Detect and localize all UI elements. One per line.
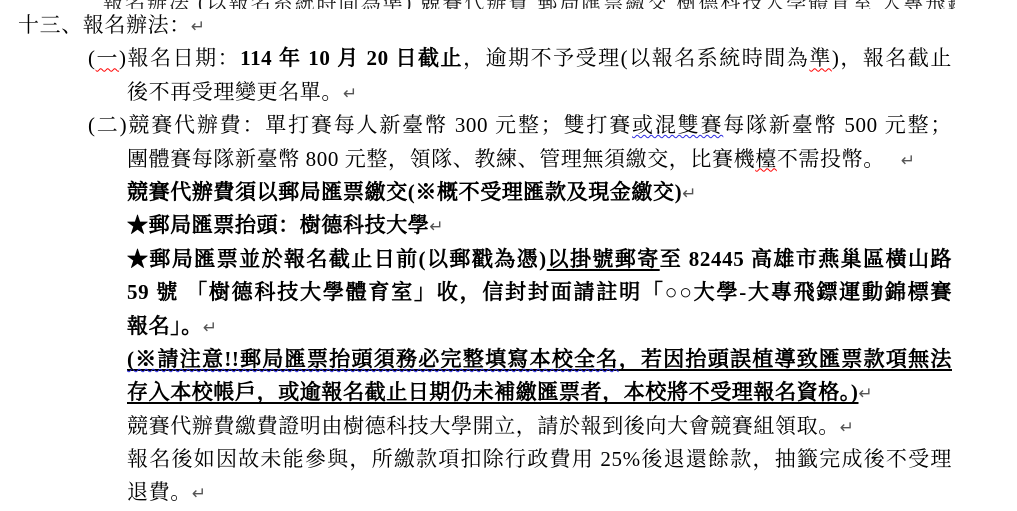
- item-2-b: 每隊新臺幣 500 元整；: [723, 113, 952, 137]
- mailing-address-continuation: 59 號 「樹德科技大學體育室」收，信封封面請註明「○○大學-大專飛鏢運動錦標賽: [127, 276, 952, 309]
- warning-rest: ，若因抬頭誤植導致匯票款項無法: [619, 347, 952, 371]
- mailing-end-text: 報名」。: [127, 314, 203, 338]
- registered-mail-underlined: 以掛號郵寄: [547, 247, 660, 271]
- money-order-mailing: ★郵局匯票並於報名截止日前(以郵戳為憑)以掛號郵寄至 82445 高雄市燕巢區橫…: [127, 243, 952, 276]
- spellcheck-marked-text: 檯: [755, 147, 777, 171]
- payment-note-text: 競賽代辦費須以郵局匯票繳交(※概不受理匯款及現金繳交): [127, 180, 682, 204]
- clipped-illegible-text: 報名辦法 (以報名系統時間為準) 競賽代辦費 郵局匯票繳交 樹德科技大學體育室 …: [103, 0, 955, 9]
- receipt-text: 競賽代辦費繳費證明由樹德科技大學開立，請於報到後向大會競賽組領取。: [127, 414, 840, 438]
- refund-text: 報名後如因故未能參與，所繳款項扣除行政費用 25%後退還餘款，抽籤完成後不受理: [127, 447, 952, 471]
- deadline-date-bold: 114 年 10 月 20 日截止: [240, 46, 463, 70]
- paragraph-return-mark: ↵: [343, 84, 357, 104]
- spellcheck-marked-text: 準: [809, 46, 832, 70]
- money-order-payee: ★郵局匯票抬頭：樹德科技大學↵: [127, 209, 1017, 242]
- section-heading: 十三、報名辦法：↵: [18, 9, 1017, 42]
- item-2-cont-a: 團體賽每隊新臺幣 800 元整，領隊、教練、管理無須繳交，比賽機: [127, 147, 755, 171]
- section-heading-text: 十三、報名辦法：: [18, 13, 191, 37]
- item-1-paren: (: [88, 46, 96, 70]
- refund-end-text: 退費。: [127, 480, 192, 504]
- paragraph-return-mark: ↵: [840, 418, 854, 438]
- refund-policy: 報名後如因故未能參與，所繳款項扣除行政費用 25%後退還餘款，抽籤完成後不受理: [127, 443, 952, 476]
- mailing-note-end: 報名」。↵: [127, 310, 1017, 343]
- paragraph-return-mark: ↵: [192, 484, 206, 504]
- warning-note: (※請注意!!郵局匯票抬頭須務必完整填寫本校全名，若因抬頭誤植導致匯票款項無法: [127, 343, 952, 376]
- mailing-cont-text: 59 號 「樹德科技大學體育室」收，信封封面請註明「○○大學-大專飛鏢運動錦標賽: [127, 280, 952, 304]
- clipped-previous-line: 報名辦法 (以報名系統時間為準) 競賽代辦費 郵局匯票繳交 樹德科技大學體育室 …: [103, 0, 955, 9]
- item-1-continuation: 後不再受理變更名單。↵: [127, 76, 1017, 109]
- warning-cont-text: 存入本校帳戶，或逾報名截止日期仍未補繳匯票者，本校將不受理報名資格。): [127, 380, 859, 404]
- paragraph-return-mark: ↵: [429, 217, 443, 237]
- receipt-issuance: 競賽代辦費繳費證明由樹德科技大學開立，請於報到後向大會競賽組領取。↵: [127, 410, 1017, 443]
- grammar-marked-warning-text: (※請注意!!郵局匯票抬頭須務必完整填寫本校全名: [127, 347, 619, 371]
- item-1-end: )，報名截止: [832, 46, 952, 70]
- warning-note-continuation: 存入本校帳戶，或逾報名截止日期仍未補繳匯票者，本校將不受理報名資格。)↵: [127, 376, 1017, 409]
- grammar-marked-text: 或混雙賽: [632, 113, 723, 137]
- item-1-cont-text: 後不再受理變更名單。: [127, 80, 343, 104]
- payment-method-note: 競賽代辦費須以郵局匯票繳交(※概不受理匯款及現金繳交)↵: [127, 176, 1017, 209]
- item-2-cont-b: 不需投幣。: [777, 147, 885, 171]
- paragraph-return-mark: ↵: [203, 318, 217, 338]
- item-1-mid: ，逾期不予受理(以報名系統時間為: [463, 46, 809, 70]
- item-2-a: (二)競賽代辦費：單打賽每人新臺幣 300 元整；雙打賽: [88, 113, 632, 137]
- mailing-a: ★郵局匯票並於報名截止日前(以郵戳為憑): [127, 247, 547, 271]
- item-1-registration-date: (一)報名日期：114 年 10 月 20 日截止，逾期不予受理(以報名系統時間…: [88, 42, 952, 75]
- spellcheck-marked-text: 一: [96, 46, 119, 70]
- paragraph-return-mark: ↵: [682, 184, 696, 204]
- paragraph-return-mark: ↵: [191, 17, 205, 37]
- payee-text: ★郵局匯票抬頭：樹德科技大學: [127, 213, 429, 237]
- refund-policy-end: 退費。↵: [127, 476, 1017, 509]
- document-page: 報名辦法 (以報名系統時間為準) 競賽代辦費 郵局匯票繳交 樹德科技大學體育室 …: [0, 0, 1017, 511]
- item-2-fees-continuation: 團體賽每隊新臺幣 800 元整，領隊、教練、管理無須繳交，比賽機檯不需投幣。↵: [127, 143, 1017, 176]
- paragraph-return-mark: ↵: [901, 151, 915, 171]
- mailing-b: 至 82445 高雄市燕巢區橫山路: [660, 247, 952, 271]
- item-2-fees: (二)競賽代辦費：單打賽每人新臺幣 300 元整；雙打賽或混雙賽每隊新臺幣 50…: [88, 109, 952, 142]
- paragraph-return-mark: ↵: [859, 384, 873, 404]
- item-1-label: )報名日期：: [119, 46, 240, 70]
